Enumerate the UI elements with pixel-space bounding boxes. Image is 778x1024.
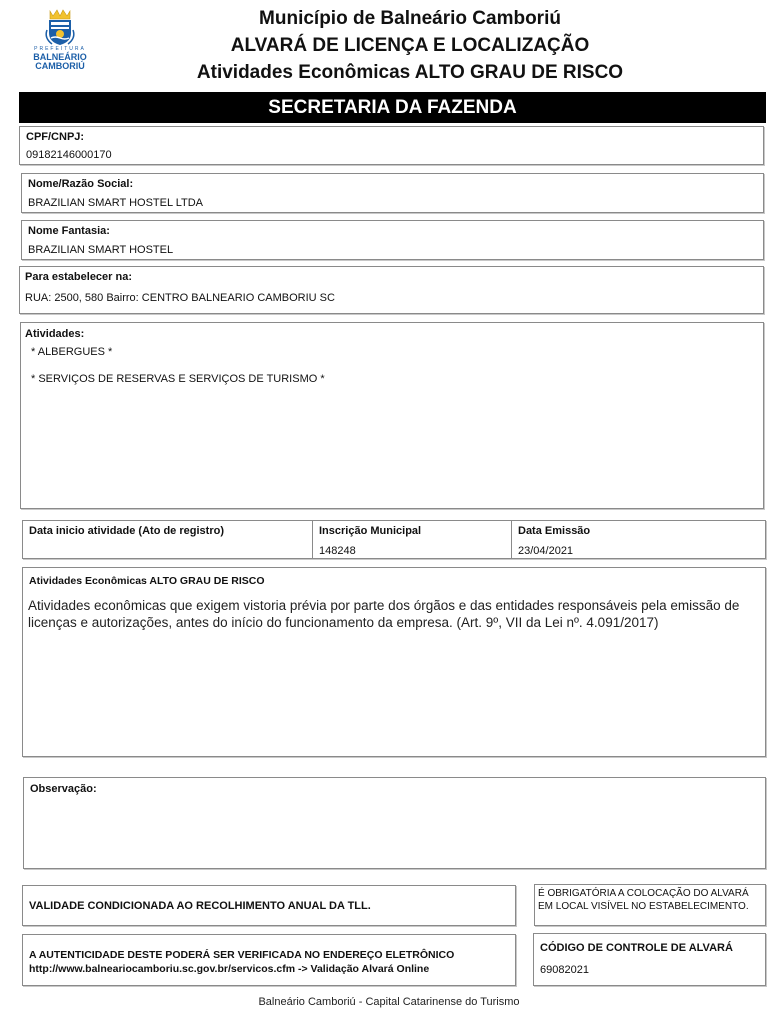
endereco-bairro: Bairro: CENTRO BALNEARIO CAMBORIU SC: [103, 292, 335, 304]
risco-label: Atividades Econômicas ALTO GRAU DE RISCO: [29, 575, 265, 587]
info-row: Data inicio atividade (Ato de registro) …: [22, 520, 766, 559]
nome-fantasia-value: BRAZILIAN SMART HOSTEL: [28, 244, 173, 256]
autenticidade-line1: A AUTENTICIDADE DESTE PODERÁ SER VERIFIC…: [29, 948, 454, 962]
section-bar-secretaria: SECRETARIA DA FAZENDA: [19, 92, 766, 123]
data-emissao-value: 23/04/2021: [518, 545, 573, 557]
endereco-value: RUA: 2500, 580 Bairro: CENTRO BALNEARIO …: [25, 292, 335, 304]
field-endereco: Para estabelecer na: RUA: 2500, 580 Bair…: [19, 266, 764, 314]
endereco-label: Para estabelecer na:: [25, 271, 132, 283]
field-atividades: Atividades: * ALBERGUES * * SERVIÇOS DE …: [20, 322, 764, 509]
endereco-rua: RUA: 2500, 580: [25, 292, 103, 304]
atividades-label: Atividades:: [25, 328, 84, 340]
city-crest-icon: [30, 8, 90, 46]
atividade-item: * SERVIÇOS DE RESERVAS E SERVIÇOS DE TUR…: [31, 373, 325, 385]
municipality-title: Município de Balneário Camboriú: [110, 8, 710, 30]
codigo-controle-value: 69082021: [540, 964, 589, 976]
validade-notice: VALIDADE CONDICIONADA AO RECOLHIMENTO AN…: [22, 885, 516, 926]
autenticidade-text: A AUTENTICIDADE DESTE PODERÁ SER VERIFIC…: [29, 948, 454, 976]
autenticidade-notice: A AUTENTICIDADE DESTE PODERÁ SER VERIFIC…: [22, 934, 516, 986]
cpf-cnpj-value: 09182146000170: [26, 149, 112, 161]
inscricao-value: 148248: [319, 545, 356, 557]
validation-url-link[interactable]: http://www.balneariocamboriu.sc.gov.br/s…: [29, 962, 454, 976]
cpf-cnpj-label: CPF/CNPJ:: [26, 131, 84, 143]
observacao-label: Observação:: [30, 783, 97, 795]
validade-text: VALIDADE CONDICIONADA AO RECOLHIMENTO AN…: [29, 900, 371, 912]
prefeitura-logo: PREFEITURA BALNEÁRIO CAMBORIÚ: [30, 8, 90, 72]
field-razao-social: Nome/Razão Social: BRAZILIAN SMART HOSTE…: [21, 173, 764, 213]
footer-slogan: Balneário Camboriú - Capital Catarinense…: [0, 996, 778, 1008]
field-nome-fantasia: Nome Fantasia: BRAZILIAN SMART HOSTEL: [21, 220, 764, 260]
cell-inscricao: Inscrição Municipal 148248: [313, 521, 512, 558]
cell-data-emissao: Data Emissão 23/04/2021: [512, 521, 765, 558]
atividade-item: * ALBERGUES *: [31, 346, 112, 358]
obrigatoria-line1: É OBRIGATÓRIA A COLOCAÇÃO DO ALVARÁ: [538, 887, 749, 900]
document-title: ALVARÁ DE LICENÇA E LOCALIZAÇÃO: [110, 35, 710, 57]
field-alto-grau-risco: Atividades Econômicas ALTO GRAU DE RISCO…: [22, 567, 766, 757]
document-subtitle: Atividades Econômicas ALTO GRAU DE RISCO: [110, 62, 710, 84]
logo-text-camboriu: CAMBORIÚ: [30, 61, 90, 71]
data-inicio-label: Data inicio atividade (Ato de registro): [29, 525, 224, 537]
codigo-controle-label: CÓDIGO DE CONTROLE DE ALVARÁ: [540, 942, 733, 954]
codigo-controle-box: CÓDIGO DE CONTROLE DE ALVARÁ 69082021: [533, 933, 766, 986]
nome-fantasia-label: Nome Fantasia:: [28, 225, 110, 237]
data-emissao-label: Data Emissão: [518, 525, 590, 537]
field-cpf-cnpj: CPF/CNPJ: 09182146000170: [19, 126, 764, 165]
inscricao-label: Inscrição Municipal: [319, 525, 421, 537]
obrigatoria-line2: EM LOCAL VISÍVEL NO ESTABELECIMENTO.: [538, 900, 749, 913]
obrigatoria-text: É OBRIGATÓRIA A COLOCAÇÃO DO ALVARÁ EM L…: [538, 887, 749, 913]
risco-text: Atividades econômicas que exigem vistori…: [28, 597, 768, 631]
cell-data-inicio: Data inicio atividade (Ato de registro): [23, 521, 313, 558]
field-observacao: Observação:: [23, 777, 766, 869]
razao-social-label: Nome/Razão Social:: [28, 178, 133, 190]
razao-social-value: BRAZILIAN SMART HOSTEL LTDA: [28, 197, 203, 209]
obrigatoria-notice: É OBRIGATÓRIA A COLOCAÇÃO DO ALVARÁ EM L…: [534, 884, 766, 926]
